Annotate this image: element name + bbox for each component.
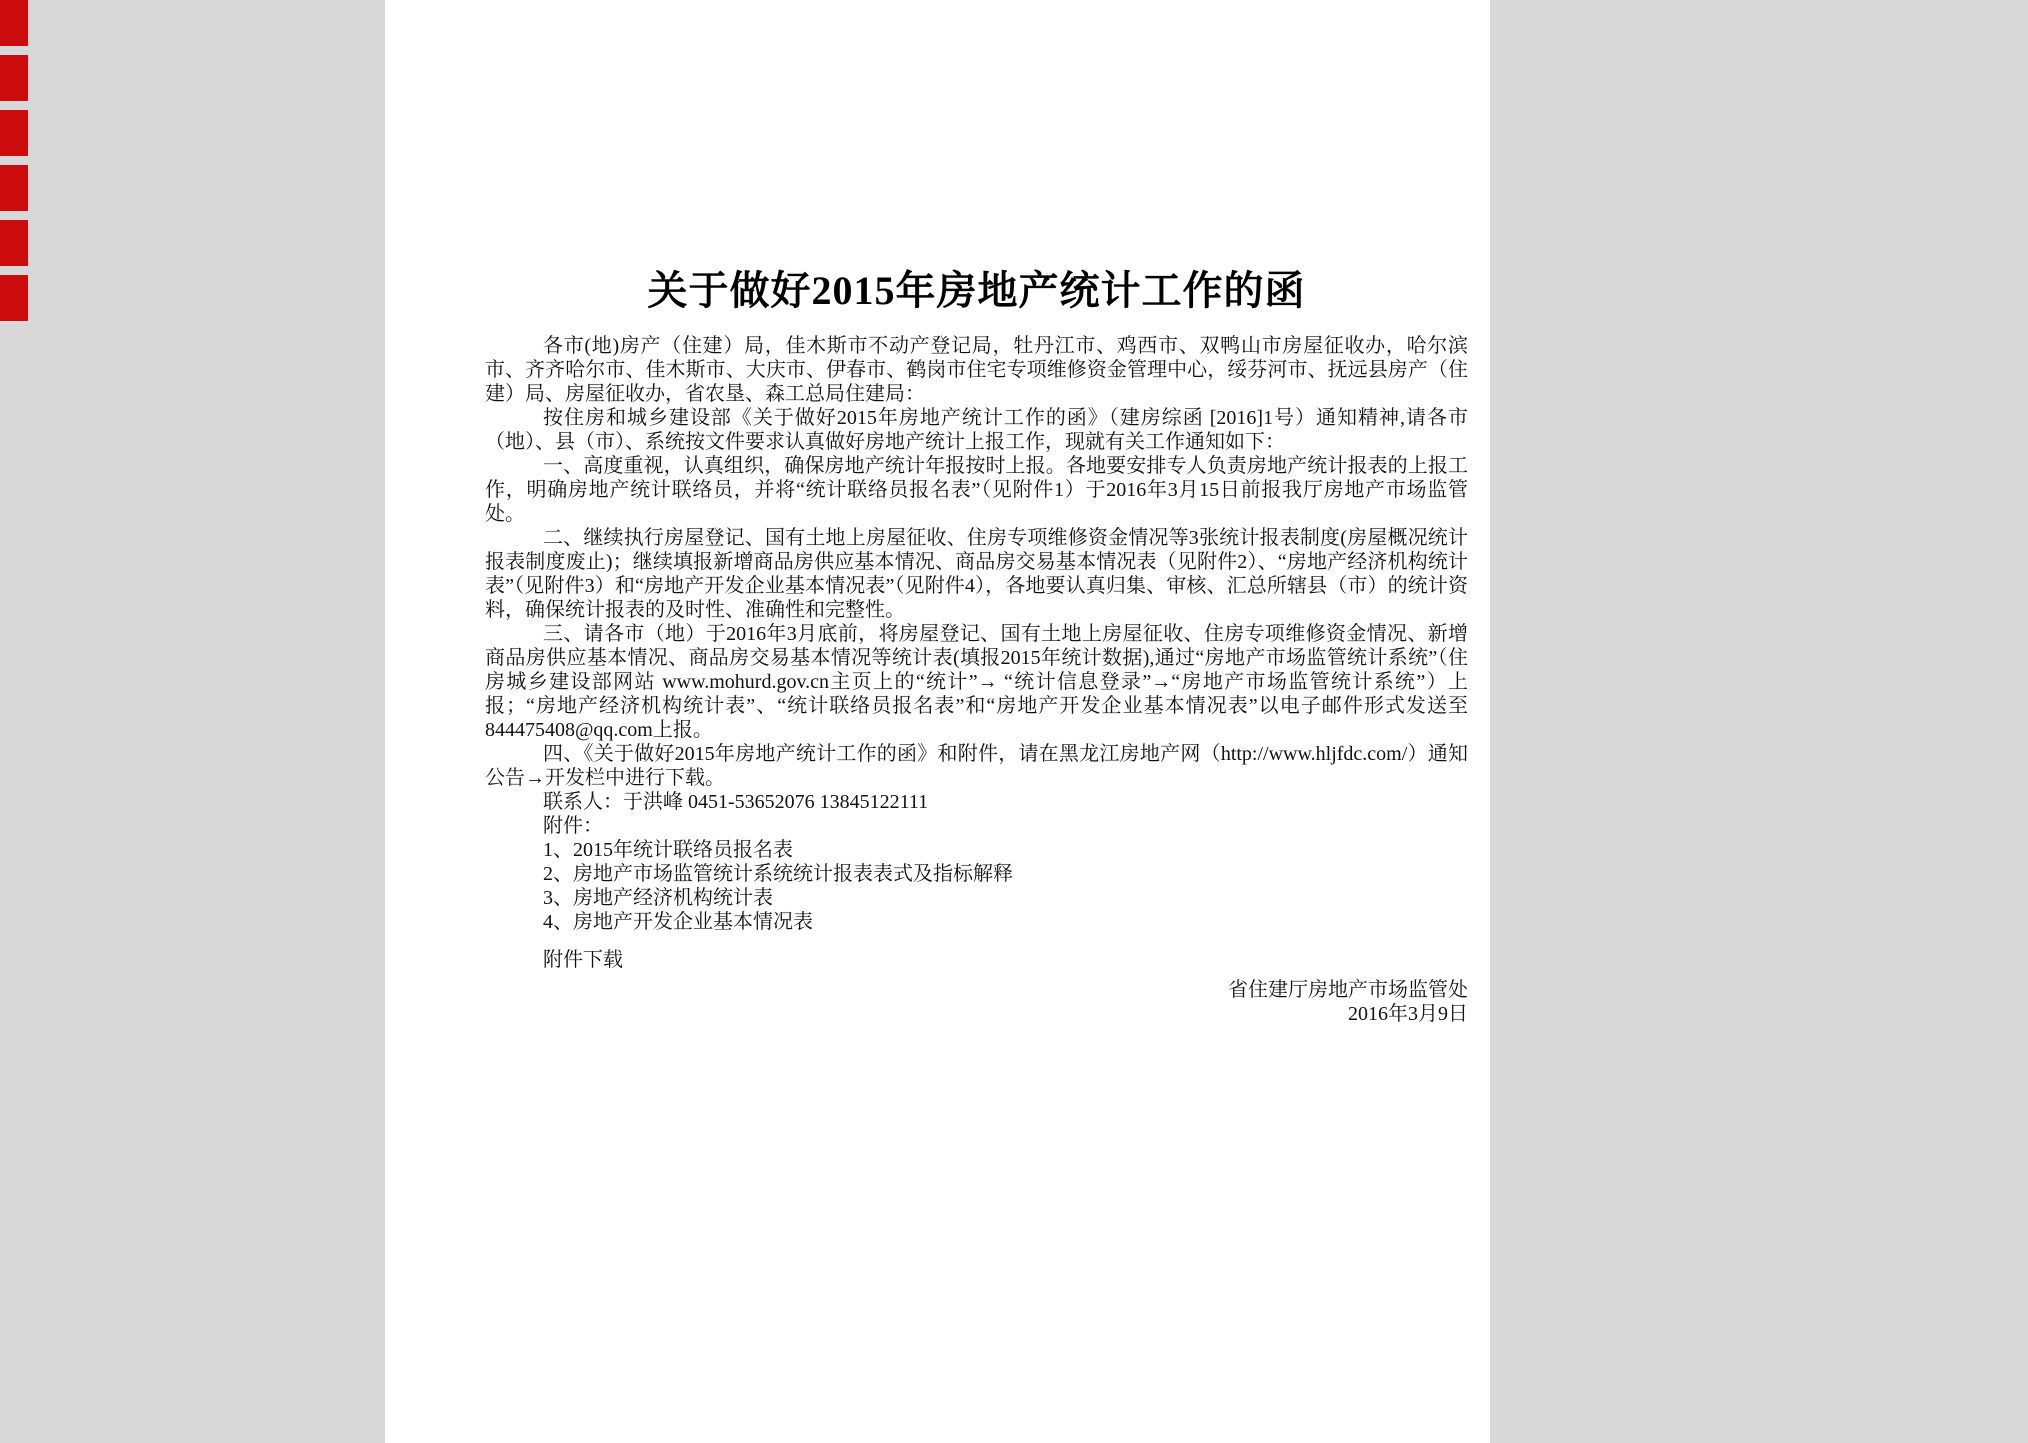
- document-body: 各市(地)房产（住建）局，佳木斯市不动产登记局，牡丹江市、鸡西市、双鸭山市房屋征…: [485, 334, 1468, 1026]
- page-background: 关于做好2015年房地产统计工作的函 各市(地)房产（住建）局，佳木斯市不动产登…: [0, 0, 2028, 1443]
- document-page: 关于做好2015年房地产统计工作的函 各市(地)房产（住建）局，佳木斯市不动产登…: [385, 0, 1490, 1443]
- signature-block: 省住建厅房地产市场监管处 2016年3月9日: [485, 978, 1468, 1026]
- body-paragraph: 各市(地)房产（住建）局，佳木斯市不动产登记局，牡丹江市、鸡西市、双鸭山市房屋征…: [485, 334, 1468, 406]
- red-bar-segment: [0, 0, 28, 46]
- attachment-item: 1、2015年统计联络员报名表: [543, 838, 1468, 862]
- red-bar-segment: [0, 110, 28, 156]
- attachments-list: 1、2015年统计联络员报名表 2、房地产市场监管统计系统统计报表表式及指标解释…: [485, 838, 1468, 934]
- contact-line: 联系人：于洪峰 0451-53652076 13845122111: [543, 790, 1468, 814]
- body-paragraph: 三、请各市（地）于2016年3月底前，将房屋登记、国有土地上房屋征收、住房专项维…: [485, 622, 1468, 742]
- download-line: 附件下载: [543, 948, 1468, 972]
- signature-org: 省住建厅房地产市场监管处: [485, 978, 1468, 1002]
- red-bar-segment: [0, 275, 28, 321]
- attachments-label: 附件：: [543, 814, 1468, 838]
- red-bar-segment: [0, 165, 28, 211]
- attachment-download-link[interactable]: 附件下载: [543, 949, 623, 971]
- attachment-item: 2、房地产市场监管统计系统统计报表表式及指标解释: [543, 862, 1468, 886]
- body-paragraph: 按住房和城乡建设部《关于做好2015年房地产统计工作的函》（建房综函 [2016…: [485, 406, 1468, 454]
- signature-date: 2016年3月9日: [485, 1002, 1468, 1026]
- attachment-item: 4、房地产开发企业基本情况表: [543, 910, 1468, 934]
- paragraph-list: 各市(地)房产（住建）局，佳木斯市不动产登记局，牡丹江市、鸡西市、双鸭山市房屋征…: [485, 334, 1468, 790]
- red-bar-segment: [0, 220, 28, 266]
- attachment-item: 3、房地产经济机构统计表: [543, 886, 1468, 910]
- red-bar-segment: [0, 55, 28, 101]
- document-content: 关于做好2015年房地产统计工作的函 各市(地)房产（住建）局，佳木斯市不动产登…: [385, 0, 1490, 1026]
- document-title: 关于做好2015年房地产统计工作的函: [485, 0, 1468, 334]
- body-paragraph: 一、高度重视，认真组织，确保房地产统计年报按时上报。各地要安排专人负责房地产统计…: [485, 454, 1468, 526]
- left-red-bar-strip: [0, 0, 28, 321]
- body-paragraph: 二、继续执行房屋登记、国有土地上房屋征收、住房专项维修资金情况等3张统计报表制度…: [485, 526, 1468, 622]
- body-paragraph: 四、《关于做好2015年房地产统计工作的函》和附件，请在黑龙江房地产网（http…: [485, 742, 1468, 790]
